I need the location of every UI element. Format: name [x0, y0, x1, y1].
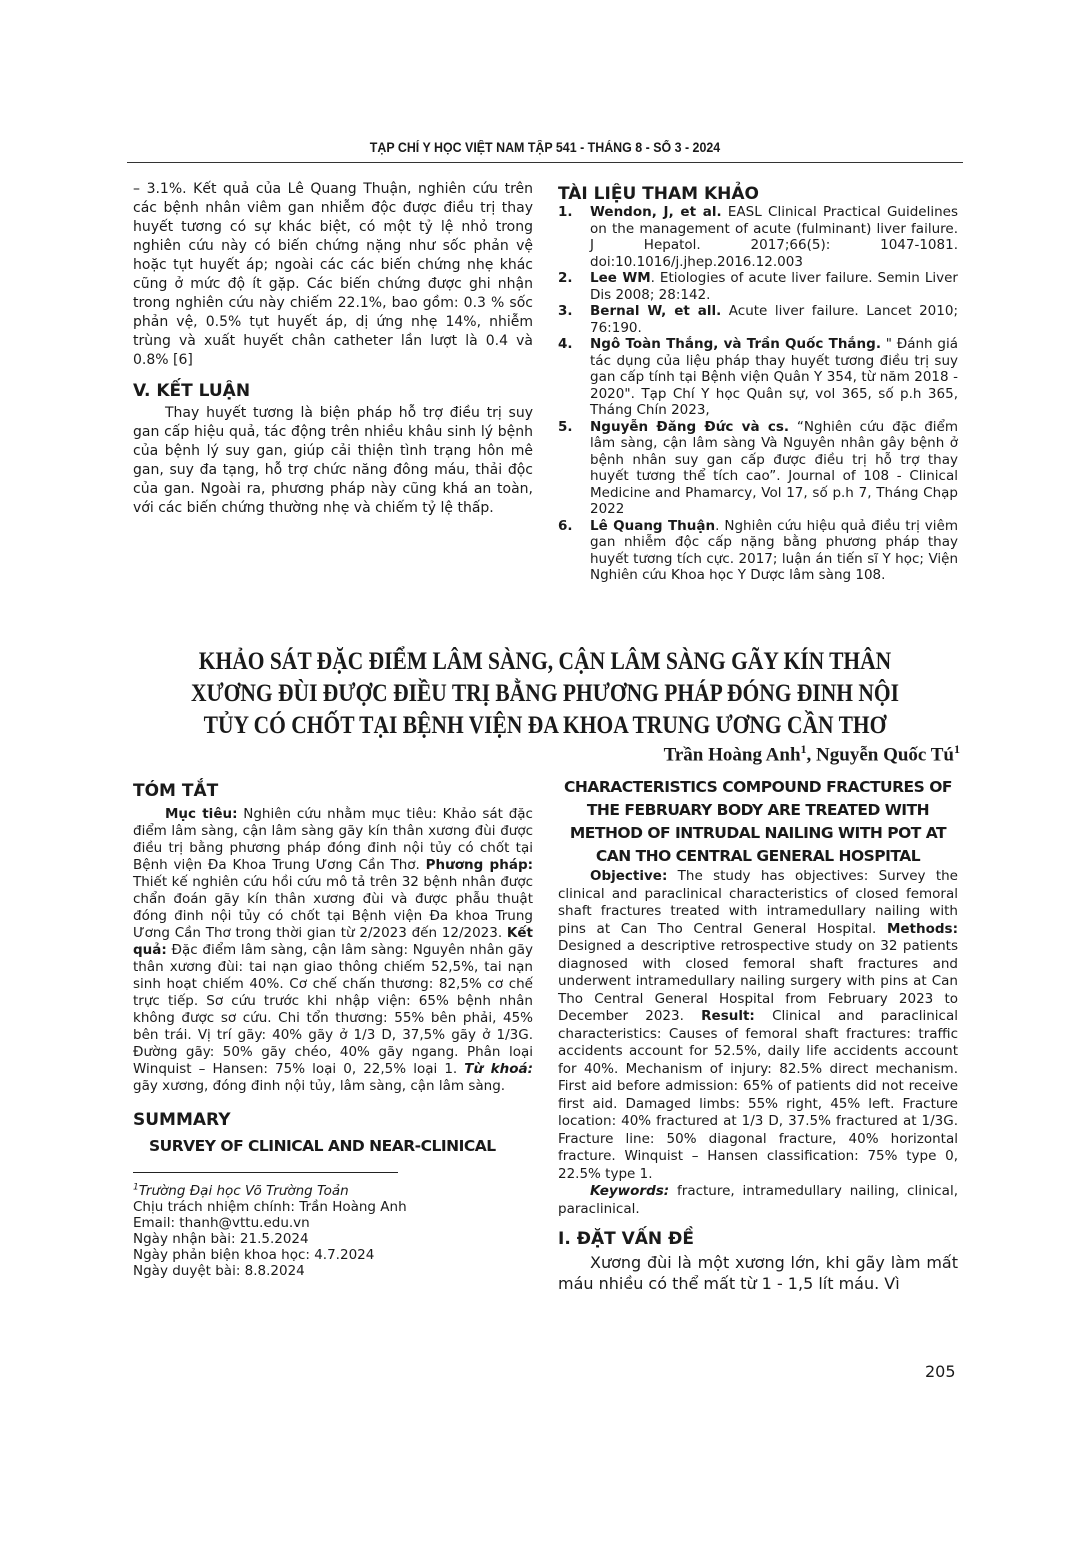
- conclusion-heading: V. KẾT LUẬN: [133, 380, 533, 402]
- author-name: Trần Hoàng Anh: [664, 744, 801, 765]
- reference-item: 6.Lê Quang Thuận. Nghiên cứu hiệu quả đi…: [558, 518, 958, 584]
- prev-article-left-column: – 3.1%. Kết quả của Lê Quang Thuận, nghi…: [133, 180, 533, 518]
- reference-item: 3.Bernal W, et all. Acute liver failure.…: [558, 303, 958, 336]
- summary-en-column: CHARACTERISTICS COMPOUND FRACTURES OF TH…: [558, 776, 958, 1294]
- reference-item: 2.Lee WM. Etiologies of acute liver fail…: [558, 270, 958, 303]
- references-heading: TÀI LIỆU THAM KHẢO: [558, 184, 958, 204]
- reference-item: 5.Nguyễn Đăng Đức và cs. “Nghiên cứu đặc…: [558, 419, 958, 518]
- summary-heading: SUMMARY: [133, 1109, 533, 1131]
- intro-heading: I. ĐẶT VẤN ĐỀ: [558, 1228, 958, 1250]
- article-title: KHẢO SÁT ĐẶC ĐIỂM LÂM SÀNG, CẬN LÂM SÀNG…: [171, 646, 919, 742]
- responsible-author: Chịu trách nhiệm chính: Trần Hoàng Anh: [133, 1199, 533, 1215]
- reference-item: 1.Wendon, J, et al. EASL Clinical Practi…: [558, 204, 958, 270]
- header-rule: [127, 162, 963, 163]
- author-name: Nguyễn Quốc Tú: [816, 744, 954, 765]
- abstract-vi-text: Mục tiêu: Nghiên cứu nhằm mục tiêu: Khảo…: [133, 806, 533, 1095]
- abstract-heading: TÓM TẮT: [133, 780, 533, 802]
- discussion-tail: – 3.1%. Kết quả của Lê Quang Thuận, nghi…: [133, 180, 533, 370]
- abstract-vi-column: TÓM TẮT Mục tiêu: Nghiên cứu nhằm mục ti…: [133, 780, 533, 1279]
- article-authors: Trần Hoàng Anh1, Nguyễn Quốc Tú1: [664, 742, 960, 766]
- reference-item: 4.Ngô Toàn Thắng, và Trần Quốc Thắng. " …: [558, 336, 958, 419]
- accepted-date: Ngày duyệt bài: 8.8.2024: [133, 1263, 533, 1279]
- footnote: 1Trường Đại học Võ Trường Toản Chịu trác…: [133, 1179, 533, 1279]
- review-date: Ngày phản biện khoa học: 4.7.2024: [133, 1247, 533, 1263]
- affiliation: 1Trường Đại học Võ Trường Toản: [133, 1179, 533, 1199]
- intro-text: Xương đùi là một xương lớn, khi gãy làm …: [558, 1252, 958, 1294]
- page-number: 205: [925, 1362, 956, 1381]
- references-column: TÀI LIỆU THAM KHẢO 1.Wendon, J, et al. E…: [558, 184, 958, 584]
- email: Email: thanh@vttu.edu.vn: [133, 1215, 533, 1231]
- summary-keywords: Keywords: fracture, intramedullary naili…: [558, 1183, 958, 1218]
- received-date: Ngày nhận bài: 21.5.2024: [133, 1231, 533, 1247]
- summary-en-text: Objective: The study has objectives: Sur…: [558, 868, 958, 1183]
- conclusion-text: Thay huyết tương là biện pháp hỗ trợ điề…: [133, 404, 533, 518]
- summary-title-part2: CHARACTERISTICS COMPOUND FRACTURES OF TH…: [558, 776, 958, 868]
- journal-header: TẠP CHÍ Y HỌC VIỆT NAM TẬP 541 - THÁNG 8…: [160, 140, 929, 155]
- footnote-rule: [133, 1172, 398, 1173]
- references-list: 1.Wendon, J, et al. EASL Clinical Practi…: [558, 204, 958, 584]
- summary-title-part1: SURVEY OF CLINICAL AND NEAR-CLINICAL: [133, 1135, 533, 1158]
